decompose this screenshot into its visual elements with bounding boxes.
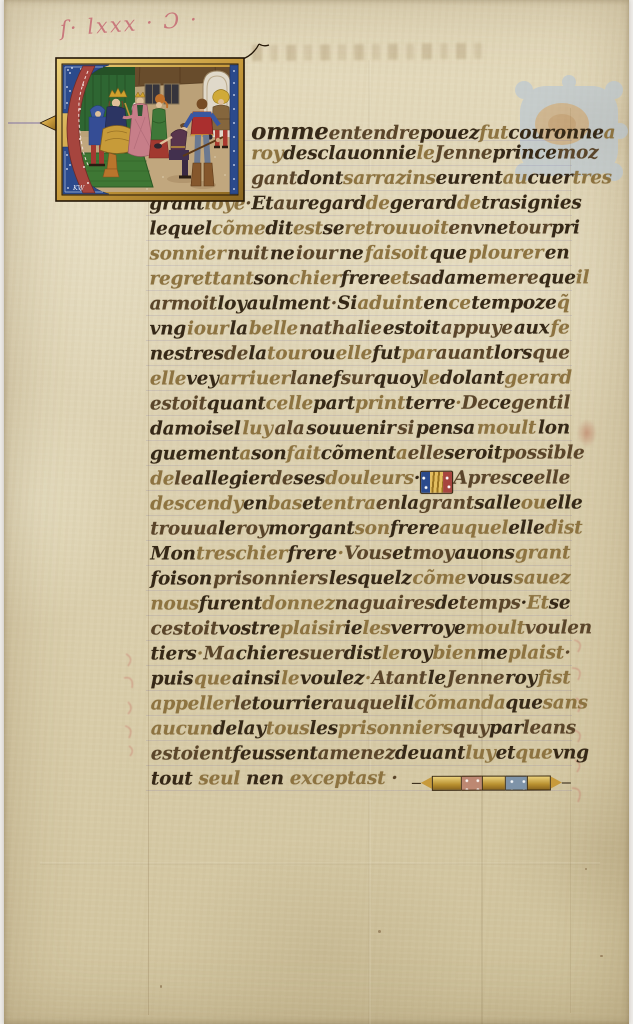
- text-line: appellerletourrierauquelilcõmandaquesans: [151, 692, 571, 718]
- word: print: [355, 393, 405, 414]
- word: iour: [187, 318, 228, 339]
- word: dolant: [440, 368, 505, 389]
- word: tempoze: [471, 292, 556, 313]
- word: dame: [432, 268, 487, 289]
- word: et: [496, 743, 516, 764]
- word: cõmanda: [414, 693, 506, 714]
- word: couronne: [508, 122, 603, 143]
- word: le: [416, 143, 434, 164]
- word: que: [505, 693, 542, 714]
- word: le: [382, 643, 400, 664]
- word: roy: [400, 643, 432, 664]
- word: nous: [150, 593, 199, 614]
- word: aucun: [151, 718, 213, 739]
- word: auquel: [332, 693, 401, 714]
- word: sonnier: [149, 243, 225, 264]
- word: que: [515, 742, 552, 763]
- word: a: [239, 443, 251, 464]
- word: Jenne: [447, 668, 505, 689]
- word: vng: [150, 318, 186, 339]
- word: ce: [511, 468, 533, 489]
- word: douleurs: [325, 468, 414, 489]
- word: appuye: [441, 318, 513, 339]
- word: le: [281, 668, 299, 689]
- word: vous: [467, 568, 513, 589]
- word: fait: [286, 443, 320, 464]
- word: ou: [310, 343, 335, 364]
- word: sauez: [514, 567, 571, 588]
- word: faisoit: [365, 243, 428, 264]
- champ-initial-filler: [420, 471, 454, 494]
- word: feussent: [232, 743, 317, 764]
- word: allegier: [192, 468, 269, 489]
- word: nef: [308, 368, 340, 389]
- word: estoit: [150, 393, 207, 414]
- word: au: [503, 168, 528, 189]
- miniature-scene: [65, 65, 239, 195]
- word: ·: [197, 643, 203, 664]
- word: le: [428, 668, 446, 689]
- text-line: tiers·Machieresuerdistleroybienmeplaist·: [150, 642, 570, 668]
- word: et: [302, 493, 322, 514]
- word: regrettant: [150, 268, 254, 289]
- word: la: [229, 318, 247, 339]
- word: omme: [251, 118, 329, 145]
- word: gant: [251, 168, 297, 189]
- word: quoy: [373, 368, 421, 389]
- word: estoit: [383, 318, 440, 339]
- word: en: [243, 493, 268, 514]
- word: prisonniers: [213, 568, 328, 589]
- word: la: [290, 368, 308, 389]
- line-filler-bar: [411, 770, 570, 795]
- word: sur: [341, 368, 374, 389]
- text-line: nestresdelatourouellefutparauantlorsque: [150, 342, 570, 368]
- word: roy: [251, 143, 283, 164]
- word: ce: [448, 293, 470, 314]
- word: et: [390, 268, 410, 289]
- word: se: [549, 592, 571, 613]
- word: seroit: [444, 443, 502, 464]
- word: gerard: [504, 367, 571, 388]
- word: appeller: [151, 693, 234, 714]
- word: il: [576, 267, 590, 288]
- word: arriuer: [219, 368, 290, 389]
- word: de: [224, 343, 248, 364]
- word: plaist: [508, 642, 564, 663]
- word: moult: [465, 618, 525, 639]
- word: se: [323, 218, 345, 239]
- text-line: lequelcõmeditestseretrouuoitenvnetourpri: [149, 217, 569, 243]
- word: trouua: [150, 518, 218, 539]
- word: elle: [336, 343, 372, 364]
- word: damoisel: [150, 418, 241, 439]
- text-line: aucundelaytouslesprisonniersquyparleans: [151, 717, 571, 743]
- word: par: [402, 343, 436, 364]
- word: plaisir: [280, 618, 344, 639]
- word: le: [233, 693, 251, 714]
- word: plourer: [468, 243, 543, 264]
- word: gentil: [511, 392, 570, 413]
- word: de: [435, 593, 459, 614]
- word: vostre: [218, 618, 280, 639]
- word: vey: [186, 368, 218, 389]
- word: fut: [372, 343, 401, 364]
- word: vng: [553, 742, 589, 763]
- word: Mon: [150, 543, 195, 564]
- word: deuant: [395, 743, 465, 764]
- word: moy: [412, 543, 454, 564]
- text-line: elleveyarriuerlanefsurquoyledolantgerard: [150, 367, 570, 393]
- word: tous: [266, 718, 310, 739]
- word: ou: [521, 493, 546, 514]
- word: en: [376, 493, 401, 514]
- word: le: [174, 468, 192, 489]
- word: que: [538, 267, 575, 288]
- word: q̃: [557, 292, 570, 313]
- word: belle: [249, 318, 298, 339]
- word: en: [448, 218, 473, 239]
- word: guement: [150, 443, 239, 464]
- word: dit: [265, 218, 293, 239]
- word: sarrazins: [343, 168, 436, 189]
- word: amenez: [318, 743, 395, 764]
- text-line: foisonprisonnierslesquelzcõmevoussauez: [150, 567, 570, 593]
- word: a: [604, 122, 616, 143]
- word: auant: [436, 343, 494, 364]
- word: descendy: [150, 493, 243, 514]
- word: Vous: [344, 543, 392, 564]
- word: entendre: [329, 123, 420, 144]
- word: armoit: [150, 293, 217, 314]
- word: roy: [236, 518, 268, 539]
- word: nuit: [227, 243, 268, 264]
- word: en: [545, 242, 570, 263]
- word: salle: [474, 493, 521, 514]
- word: sa: [410, 268, 432, 289]
- word: lesquelz: [329, 568, 412, 589]
- word: tout: [151, 768, 193, 789]
- word: souuenir: [306, 418, 395, 439]
- word: eurent: [436, 168, 503, 189]
- word: Et: [527, 593, 549, 614]
- word: aduint: [357, 293, 423, 314]
- word: puis: [151, 668, 194, 689]
- word: retrouuoit: [344, 218, 448, 239]
- word: seul: [199, 768, 241, 789]
- word: si: [397, 418, 414, 439]
- word: quy: [453, 718, 489, 739]
- word: tourrier: [252, 693, 332, 714]
- text-line: guementasonfaitcõmentaelleseroitpossible: [150, 442, 570, 468]
- text-line: nousfurentdonneznaguairesdetemps·Etse: [150, 592, 570, 618]
- text-line: cestoitvostreplaisirielesverroyemoultvou…: [150, 617, 570, 643]
- word: est: [293, 218, 323, 239]
- word: en: [423, 293, 448, 314]
- manuscript-photo: { "document": { "kind": "Illuminated man…: [0, 0, 633, 1024]
- word: furent: [199, 593, 262, 614]
- word: de: [366, 193, 390, 214]
- word: fist: [538, 667, 571, 688]
- word: au: [273, 193, 298, 214]
- speck: [600, 955, 603, 957]
- word: Jenne: [435, 143, 493, 164]
- word: moz: [557, 142, 599, 163]
- word: celle: [266, 393, 313, 414]
- word: ·: [337, 543, 343, 564]
- word: fe: [550, 317, 569, 338]
- text-line: puisqueainsilevoulez·AtantleJenneroyfist: [151, 667, 571, 693]
- word: pouez: [420, 123, 480, 144]
- word: la: [248, 343, 266, 364]
- word: luy: [242, 418, 272, 439]
- word: ·: [564, 642, 570, 663]
- word: ses: [293, 468, 325, 489]
- word: possible: [502, 442, 585, 463]
- word: delay: [213, 718, 266, 739]
- word: a: [396, 443, 408, 464]
- word: grant: [515, 542, 570, 563]
- word: tour: [267, 343, 310, 364]
- word: ·: [365, 668, 371, 689]
- word: ie: [344, 618, 362, 639]
- word: nathalie: [299, 318, 382, 339]
- text-line: deleallegierdesesdouleurs·Apresceelle: [150, 467, 570, 493]
- ink-offset-ghost: [252, 43, 488, 61]
- word: son: [254, 268, 289, 289]
- word: ala: [274, 418, 304, 439]
- word: elle: [408, 443, 444, 464]
- word: cõme: [212, 218, 266, 239]
- word: ainsi: [232, 668, 280, 689]
- word: ce: [489, 393, 511, 414]
- word: ne: [339, 243, 364, 264]
- text-line: estoientfeussentamenezdeuantluyetquevng: [151, 742, 571, 768]
- word: par: [489, 718, 523, 739]
- word: prince: [492, 142, 556, 163]
- word: Ma: [203, 643, 235, 664]
- word: tiers: [150, 643, 196, 664]
- word: mere: [487, 268, 539, 289]
- word: estoient: [151, 743, 233, 764]
- text-line: estoitquantcellepartprintterre·Decegenti…: [150, 392, 570, 418]
- word: cõme: [412, 568, 466, 589]
- word: donnez: [262, 593, 335, 614]
- speck: [585, 868, 587, 870]
- word: tour: [508, 217, 551, 238]
- word: loyaulment: [217, 293, 330, 314]
- word: elle: [546, 492, 582, 513]
- word: voulez: [300, 668, 364, 689]
- word: elle: [508, 518, 544, 539]
- word: les: [362, 618, 390, 639]
- word: desclauonnie: [283, 143, 416, 164]
- speck: [378, 930, 381, 933]
- word: foison: [150, 568, 212, 589]
- word: cõment: [321, 443, 396, 464]
- monogram: KW: [72, 184, 86, 192]
- word: moult: [477, 418, 537, 439]
- word: le: [422, 368, 440, 389]
- text-line: trouualeroymorgantsonfrereauquelelledist: [150, 517, 570, 543]
- word: De: [461, 393, 488, 414]
- word: luy: [465, 743, 495, 764]
- word: cuer: [527, 167, 572, 188]
- word: nen: [246, 768, 284, 789]
- word: ·: [391, 768, 397, 789]
- word: elle: [534, 467, 570, 488]
- word: son: [355, 518, 390, 539]
- word: chiere: [236, 643, 299, 664]
- word: gerard: [390, 193, 457, 214]
- word: lors: [494, 343, 532, 364]
- text-line: regrettantsonchierfrereetsadamemerequeil: [150, 267, 570, 293]
- word: que: [532, 342, 569, 363]
- word: cestoit: [150, 618, 218, 639]
- word: le: [218, 518, 236, 539]
- word: chier: [289, 268, 341, 289]
- word: ne: [270, 243, 295, 264]
- word: que: [430, 243, 467, 264]
- word: vne: [473, 218, 508, 239]
- word: trasignies: [481, 192, 581, 213]
- word: verroye: [391, 618, 466, 639]
- word: de: [269, 468, 293, 489]
- word: auquel: [439, 518, 508, 539]
- word: regard: [298, 193, 365, 214]
- word: frere: [341, 268, 391, 289]
- word: fut: [479, 123, 508, 144]
- word: tres: [572, 167, 611, 188]
- text-line: sonniernuitneiournefaisoitqueploureren: [149, 242, 569, 268]
- word: entra: [322, 493, 376, 514]
- word: lon: [538, 417, 570, 438]
- word: et: [392, 543, 412, 564]
- word: treschier: [196, 543, 287, 564]
- text-line: damoiselluyalasouuenirsipensamoultlon: [150, 417, 570, 443]
- word: dist: [344, 643, 382, 664]
- word: pensa: [416, 418, 475, 439]
- word: bien: [432, 643, 476, 664]
- word: naguaires: [335, 593, 435, 614]
- word: sans: [543, 692, 588, 713]
- word: dist: [545, 517, 583, 538]
- word: frere: [287, 543, 337, 564]
- word: pri: [551, 217, 580, 238]
- miniature-initial-C: KW: [55, 57, 245, 202]
- word: morgant: [268, 518, 355, 539]
- text-line: descendyenbasetentraenlagrantsalleouelle: [150, 492, 570, 518]
- word: de: [150, 468, 174, 489]
- word: nestres: [150, 343, 224, 364]
- word: roy: [505, 668, 537, 689]
- word: prisonniers: [338, 718, 453, 739]
- text-line: vngiourlabellenathalieestoitappuyeauxfe: [150, 317, 570, 343]
- word: les: [309, 718, 337, 739]
- word: il: [400, 693, 414, 714]
- word: Et: [251, 193, 273, 214]
- word: frere: [390, 518, 440, 539]
- word: exceptast: [290, 768, 386, 789]
- word: terre: [405, 393, 455, 414]
- word: grant: [419, 493, 474, 514]
- word: leans: [523, 717, 576, 738]
- word: temps: [459, 593, 521, 614]
- word: lequel: [149, 218, 211, 239]
- word: Si: [337, 293, 357, 314]
- word: de: [457, 193, 481, 214]
- word: iour: [296, 243, 337, 264]
- word: que: [194, 668, 231, 689]
- word: quant: [207, 393, 266, 414]
- speck: [160, 985, 162, 988]
- word: la: [400, 493, 418, 514]
- word: Atant: [372, 668, 427, 689]
- word: part: [313, 393, 355, 414]
- word: aux: [514, 318, 550, 339]
- word: auons: [454, 543, 514, 564]
- word: ·: [331, 293, 337, 314]
- word: bas: [268, 493, 303, 514]
- word: dont: [297, 168, 343, 189]
- word: Apres: [453, 468, 511, 489]
- text-line: toutseulnenexceptast·: [151, 767, 571, 793]
- word: me: [477, 643, 508, 664]
- text-line: armoitloyaulment·Siaduintencetempozeq̃: [150, 292, 570, 318]
- word: voulen: [525, 617, 592, 638]
- red-show-through: [120, 648, 146, 760]
- word: elle: [150, 368, 186, 389]
- word: son: [251, 443, 286, 464]
- word: suer: [299, 643, 343, 664]
- text-line: Montreschierfrere·Vousetmoyauonsgrant: [150, 542, 570, 568]
- text-block: ommeentendrepouezfutcouronnearoydesclauo…: [149, 117, 571, 793]
